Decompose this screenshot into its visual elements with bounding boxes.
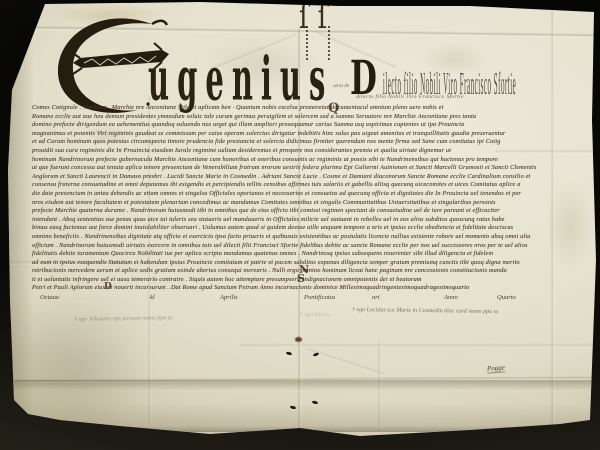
manuscript-text-line: nros eisdem aut tenore facultatem et pot… [32, 199, 566, 208]
fold-crease-horizontal [240, 344, 594, 348]
manuscript-text-line: et ad Curam hominum quos potestas circum… [32, 138, 566, 147]
seal-cord-hole [290, 405, 297, 409]
closing-date-word: Anno [444, 294, 458, 301]
manuscript-text-line: domino prefecte dirigendum ea uehementiu… [32, 121, 566, 130]
cardinal-subscription: † ego Gul ts [300, 312, 329, 318]
manuscript-text-line: omnino beneficiis . Nandrinensibus digni… [32, 233, 566, 242]
cardinal-subscription: † ego Johannes eps portuen manu ppa ss [74, 315, 173, 323]
edge-shadow [8, 0, 34, 450]
closing-date-word: kl [150, 294, 155, 301]
plica-fold [8, 380, 594, 432]
scribe-mark: Pogge [487, 363, 505, 373]
enlarged-initial: Q [328, 101, 339, 116]
manuscript-text-line: prefecte Marchie quaterna durante . Nand… [32, 207, 566, 216]
closing-date-word: Octauo [40, 294, 59, 301]
manuscript-text-line: prouidit sua cura regiminis die In Proui… [32, 147, 566, 156]
interlinear-note: serui dn [333, 84, 349, 89]
manuscript-text-line: officium . Nandrinorum huiusmodi uirtuti… [32, 242, 566, 251]
manuscript-text-line: die date presencium in antea debendis ac… [32, 190, 566, 199]
manuscript-text-line: consensu fraterna consuetudine et omni d… [32, 181, 566, 190]
address-reading-line: dilecto filio Nobili Viro Francisco Sfor… [356, 94, 464, 100]
closing-date-line: OctauoklAprilisPontificatusnriAnnoQuarto [0, 294, 600, 304]
fold-crease-vertical [378, 340, 382, 432]
parchment-sheet: ugenius ſſ D ilecto filio Nobili Viro Fr… [0, 0, 600, 450]
manuscript-text-line: ut que fuerunt concessa aut tenuta aplic… [32, 164, 566, 173]
manuscript-text-line: bimus easq faciemus aut force domini inu… [32, 224, 566, 233]
manuscript-text-line: Petri et Pauli Aplorum eius se nouerit i… [32, 284, 566, 293]
photograph-of-parchment-charter: ugenius ſſ D ilecto filio Nobili Viro Fr… [0, 0, 600, 450]
seal-cord-hole [312, 400, 319, 404]
heading-stem [328, 26, 330, 60]
ink-blot [295, 337, 302, 342]
closing-date-word: Quarto [497, 294, 516, 301]
heading-stem [306, 26, 308, 60]
manuscript-text-line: hominum Nandrinorum prefecte gubernacula… [32, 156, 566, 165]
manuscript-text-line: fidelitatis debite iuramentum Quocirca N… [32, 250, 566, 259]
closing-date-word: Aprilis [220, 294, 238, 301]
plica-fold-crease [8, 376, 594, 383]
manuscript-text-line: Comes Cotignole . Vandrum . Marchie nre … [32, 104, 566, 113]
manuscript-text-line: Anglorum et Sancti Laurencii in Damaso p… [32, 173, 566, 182]
closing-date-word: Pontificatus [304, 294, 335, 301]
shadow-area [0, 290, 150, 440]
seal-cord-hole [313, 352, 320, 357]
closing-date-word: nri [372, 294, 380, 301]
enlarged-initial: D [104, 282, 112, 292]
seal-cord-hole [286, 351, 293, 355]
cardinal-subscription: † ego Lucidus sce Marie in Cosmedin diac… [352, 307, 498, 315]
heading-flourish: ſſ [299, 0, 336, 37]
manuscript-text-line: intendant . Absq sententias sue penas qu… [32, 216, 566, 225]
manuscript-text-line: Romane ecclie aut aue heu demum presiden… [32, 113, 566, 122]
enlarged-initial: S [297, 272, 305, 285]
manuscript-text-line: magnanimus et potentis Viri regiminis ga… [32, 130, 566, 139]
